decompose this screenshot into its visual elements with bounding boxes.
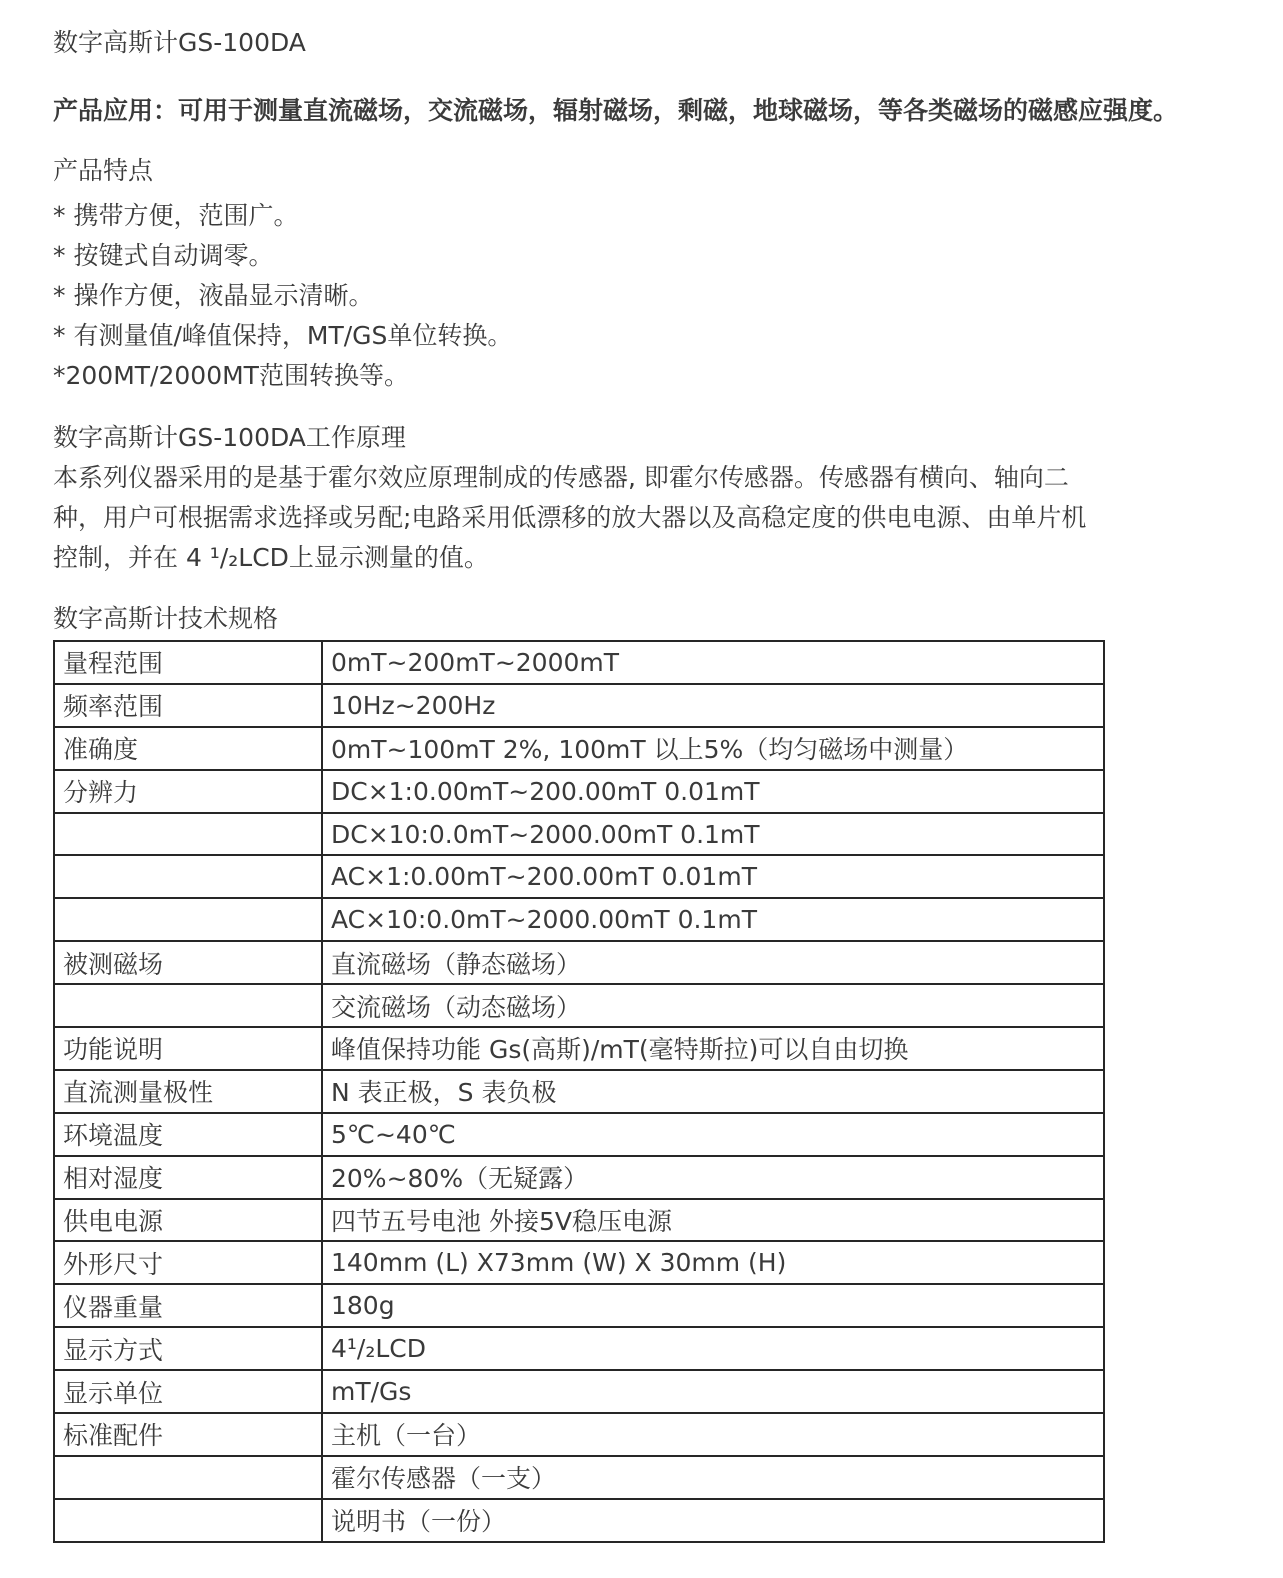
feature-item: * 按键式自动调零。 <box>53 236 1203 276</box>
features-list: * 携带方便，范围广。* 按键式自动调零。* 操作方便，液晶显示清晰。* 有测量… <box>53 196 1203 396</box>
spec-value: 交流磁场（动态磁场） <box>322 984 1104 1027</box>
spec-value: 霍尔传感器（一支） <box>322 1456 1104 1499</box>
spec-value: 直流磁场（静态磁场） <box>322 941 1104 984</box>
principle-heading: 数字高斯计GS-100DA工作原理 <box>53 418 1203 458</box>
spec-row: 交流磁场（动态磁场） <box>54 984 1104 1027</box>
feature-item: * 有测量值/峰值保持，MT/GS单位转换。 <box>53 316 1203 356</box>
spec-label <box>54 898 322 941</box>
spec-row: 环境温度5℃~40℃ <box>54 1113 1104 1156</box>
spec-value: 140mm (L) X73mm (W) X 30mm (H) <box>322 1241 1104 1284</box>
spec-value: 0mT~100mT 2%, 100mT 以上5%（均匀磁场中测量） <box>322 727 1104 770</box>
spec-row: 显示单位mT/Gs <box>54 1370 1104 1413</box>
spec-value: 说明书（一份） <box>322 1499 1104 1542</box>
spec-row: 量程范围0mT~200mT~2000mT <box>54 641 1104 684</box>
spec-label <box>54 984 322 1027</box>
feature-item: * 携带方便，范围广。 <box>53 196 1203 236</box>
spec-row: 分辨力DC×1:0.00mT~200.00mT 0.01mT <box>54 770 1104 813</box>
spec-value: 180g <box>322 1284 1104 1327</box>
spec-label <box>54 813 322 856</box>
spec-label: 被测磁场 <box>54 941 322 984</box>
spec-label: 直流测量极性 <box>54 1070 322 1113</box>
spec-row: DC×10:0.0mT~2000.00mT 0.1mT <box>54 813 1104 856</box>
spec-value: 峰值保持功能 Gs(高斯)/mT(毫特斯拉)可以自由切换 <box>322 1027 1104 1070</box>
spec-row: 频率范围10Hz~200Hz <box>54 684 1104 727</box>
spec-value: 20%~80%（无疑露） <box>322 1156 1104 1199</box>
spec-label: 量程范围 <box>54 641 322 684</box>
spec-row: 仪器重量180g <box>54 1284 1104 1327</box>
application-line: 产品应用：可用于测量直流磁场，交流磁场，辐射磁场，剩磁，地球磁场，等各类磁场的磁… <box>53 96 1203 126</box>
spec-row: 霍尔传感器（一支） <box>54 1456 1104 1499</box>
spec-row: 被测磁场直流磁场（静态磁场） <box>54 941 1104 984</box>
document-page: 数字高斯计GS-100DA 产品应用：可用于测量直流磁场，交流磁场，辐射磁场，剩… <box>0 0 1283 1578</box>
spec-value: 四节五号电池 外接5V稳压电源 <box>322 1199 1104 1242</box>
principle-line: 本系列仪器采用的是基于霍尔效应原理制成的传感器, 即霍尔传感器。传感器有横向、轴… <box>53 458 1203 498</box>
principle-line: 种，用户可根据需求选择或另配;电路采用低漂移的放大器以及高稳定度的供电电源、由单… <box>53 498 1203 538</box>
spec-row: 功能说明峰值保持功能 Gs(高斯)/mT(毫特斯拉)可以自由切换 <box>54 1027 1104 1070</box>
specs-heading: 数字高斯计技术规格 <box>53 604 1203 634</box>
spec-label: 准确度 <box>54 727 322 770</box>
spec-label: 供电电源 <box>54 1199 322 1242</box>
feature-item: * 操作方便，液晶显示清晰。 <box>53 276 1203 316</box>
spec-value: N 表正极，S 表负极 <box>322 1070 1104 1113</box>
spec-value: 主机（一台） <box>322 1413 1104 1456</box>
spec-label: 环境温度 <box>54 1113 322 1156</box>
spec-value: 0mT~200mT~2000mT <box>322 641 1104 684</box>
spec-row: 外形尺寸140mm (L) X73mm (W) X 30mm (H) <box>54 1241 1104 1284</box>
spec-row: 相对湿度20%~80%（无疑露） <box>54 1156 1104 1199</box>
page-title: 数字高斯计GS-100DA <box>53 28 1203 58</box>
spec-row: AC×1:0.00mT~200.00mT 0.01mT <box>54 855 1104 898</box>
spec-label: 显示方式 <box>54 1327 322 1370</box>
spec-row: 供电电源四节五号电池 外接5V稳压电源 <box>54 1199 1104 1242</box>
spec-label: 频率范围 <box>54 684 322 727</box>
specs-table-body: 量程范围0mT~200mT~2000mT频率范围10Hz~200Hz准确度0mT… <box>54 641 1104 1542</box>
spec-label: 显示单位 <box>54 1370 322 1413</box>
spec-row: 说明书（一份） <box>54 1499 1104 1542</box>
spec-value: AC×1:0.00mT~200.00mT 0.01mT <box>322 855 1104 898</box>
feature-item: *200MT/2000MT范围转换等。 <box>53 356 1203 396</box>
spec-label <box>54 1499 322 1542</box>
spec-label: 仪器重量 <box>54 1284 322 1327</box>
spec-label <box>54 855 322 898</box>
spec-row: 显示方式4¹/₂LCD <box>54 1327 1104 1370</box>
spec-label: 相对湿度 <box>54 1156 322 1199</box>
features-heading: 产品特点 <box>53 156 1203 186</box>
spec-row: 标准配件主机（一台） <box>54 1413 1104 1456</box>
specs-table: 量程范围0mT~200mT~2000mT频率范围10Hz~200Hz准确度0mT… <box>53 640 1105 1543</box>
spec-row: 准确度0mT~100mT 2%, 100mT 以上5%（均匀磁场中测量） <box>54 727 1104 770</box>
spec-row: AC×10:0.0mT~2000.00mT 0.1mT <box>54 898 1104 941</box>
spec-label: 功能说明 <box>54 1027 322 1070</box>
spec-label: 外形尺寸 <box>54 1241 322 1284</box>
spec-label: 标准配件 <box>54 1413 322 1456</box>
spec-label: 分辨力 <box>54 770 322 813</box>
spec-row: 直流测量极性N 表正极，S 表负极 <box>54 1070 1104 1113</box>
spec-value: DC×10:0.0mT~2000.00mT 0.1mT <box>322 813 1104 856</box>
spec-value: 10Hz~200Hz <box>322 684 1104 727</box>
spec-value: DC×1:0.00mT~200.00mT 0.01mT <box>322 770 1104 813</box>
spec-label <box>54 1456 322 1499</box>
spec-value: 4¹/₂LCD <box>322 1327 1104 1370</box>
principle-paragraph: 本系列仪器采用的是基于霍尔效应原理制成的传感器, 即霍尔传感器。传感器有横向、轴… <box>53 458 1203 578</box>
spec-value: 5℃~40℃ <box>322 1113 1104 1156</box>
spec-value: mT/Gs <box>322 1370 1104 1413</box>
principle-line: 控制，并在 4 ¹/₂LCD上显示测量的值。 <box>53 538 1203 578</box>
spec-value: AC×10:0.0mT~2000.00mT 0.1mT <box>322 898 1104 941</box>
